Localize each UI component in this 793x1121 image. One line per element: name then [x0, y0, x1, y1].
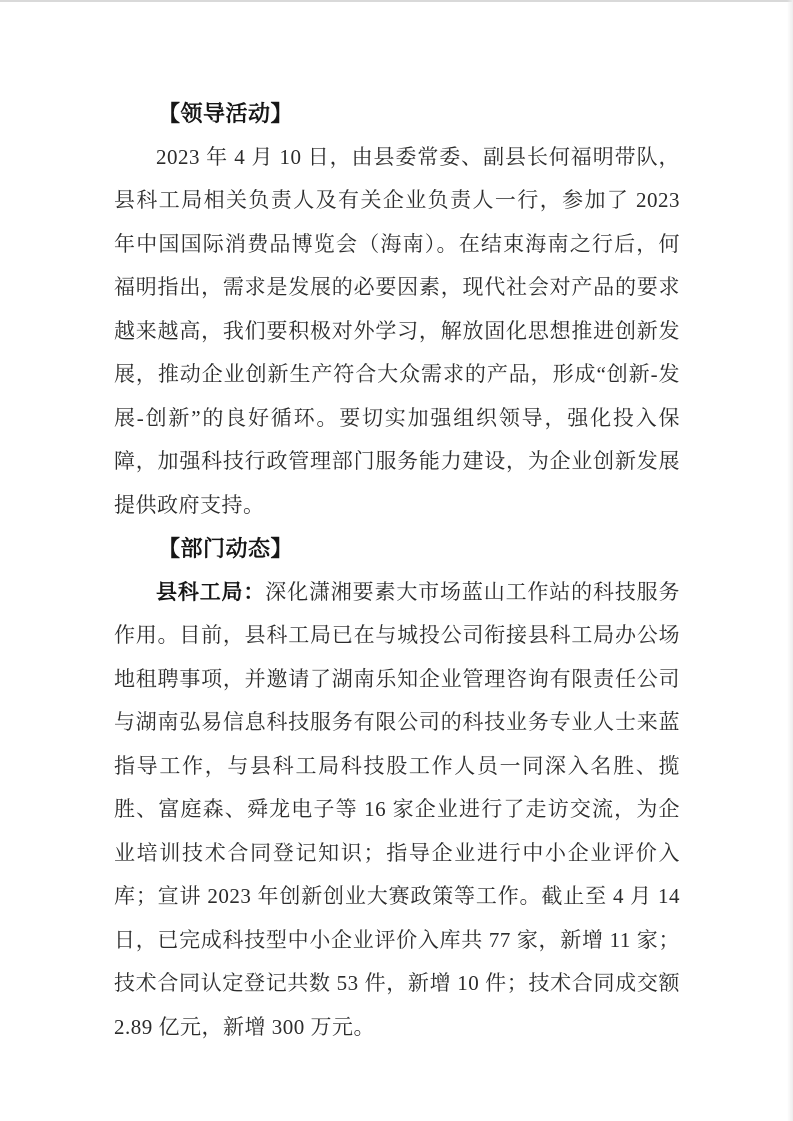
section-heading-department-updates: 【部门动态】: [114, 527, 680, 571]
paragraph: 县科工局：深化潇湘要素大市场蓝山工作站的科技服务作用。目前，县科工局已在与城投公…: [114, 571, 680, 1050]
document-page: 【领导活动】 2023 年 4 月 10 日，由县委常委、副县长何福明带队，县科…: [0, 0, 793, 1121]
paragraph: 2023 年 4 月 10 日，由县委常委、副县长何福明带队，县科工局相关负责人…: [114, 136, 680, 528]
section-heading-leadership-activities: 【领导活动】: [114, 92, 680, 136]
paragraph-lead: 县科工局：: [156, 581, 265, 604]
scan-edge-right: [787, 0, 793, 1121]
paragraph-text: 2023 年 4 月 10 日，由县委常委、副县长何福明带队，县科工局相关负责人…: [114, 145, 680, 517]
section-leadership-activities: 【领导活动】 2023 年 4 月 10 日，由县委常委、副县长何福明带队，县科…: [114, 92, 680, 527]
scan-edge-top: [0, 0, 793, 2]
document-text-block: 【领导活动】 2023 年 4 月 10 日，由县委常委、副县长何福明带队，县科…: [114, 92, 680, 1049]
section-department-updates: 【部门动态】 县科工局：深化潇湘要素大市场蓝山工作站的科技服务作用。目前，县科工…: [114, 527, 680, 1049]
paragraph-text: 深化潇湘要素大市场蓝山工作站的科技服务作用。目前，县科工局已在与城投公司衔接县科…: [114, 580, 680, 1039]
